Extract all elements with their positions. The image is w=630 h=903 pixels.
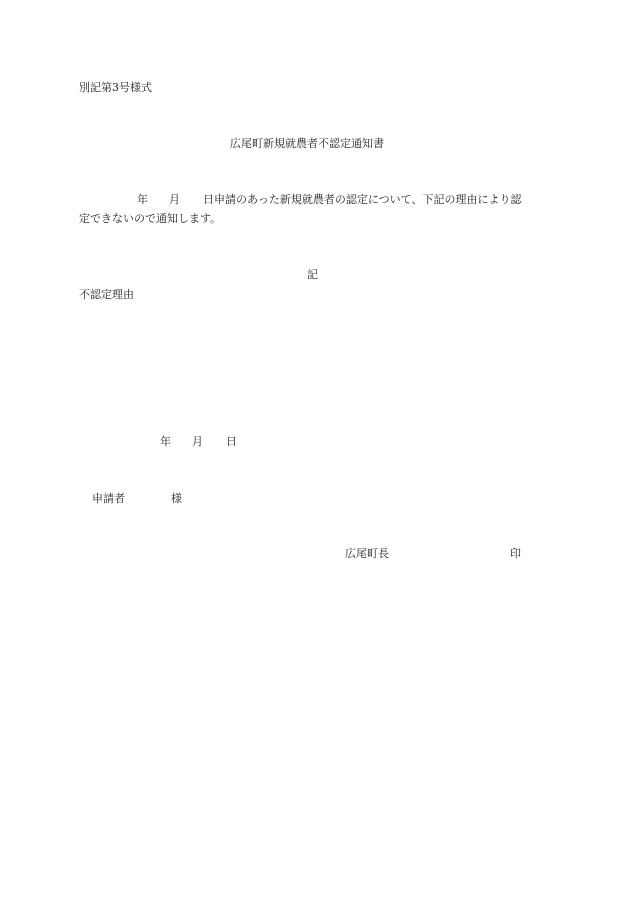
ki-heading: 記 bbox=[307, 268, 318, 282]
issuer-title: 広尾町長 bbox=[345, 547, 389, 561]
document-title: 広尾町新規就農者不認定通知書 bbox=[230, 137, 384, 151]
date-month-label: 月 bbox=[192, 435, 203, 448]
issue-date: 年月日 bbox=[160, 435, 237, 449]
document-page: 別記第3号様式 広尾町新規就農者不認定通知書 年月日申請のあった新規就農者の認定… bbox=[0, 0, 630, 903]
form-number: 別記第3号様式 bbox=[79, 81, 152, 95]
applicant-label: 申請者 bbox=[92, 492, 125, 505]
applicant-honorific: 様 bbox=[171, 492, 182, 505]
reason-label: 不認定理由 bbox=[79, 288, 134, 302]
date-day-label: 日 bbox=[226, 435, 237, 448]
body-line1-rest: 日申請のあった新規就農者の認定について、下記の理由により認 bbox=[203, 193, 521, 206]
date-year-label: 年 bbox=[160, 435, 171, 448]
body-month-label: 月 bbox=[169, 193, 180, 206]
body-year-label: 年 bbox=[137, 193, 148, 206]
applicant-line: 申請者様 bbox=[92, 492, 182, 506]
body-text-line-2: 定できないので通知します。 bbox=[79, 212, 221, 226]
body-text-line-1: 年月日申請のあった新規就農者の認定について、下記の理由により認 bbox=[79, 193, 521, 207]
seal-mark: 印 bbox=[510, 547, 521, 561]
